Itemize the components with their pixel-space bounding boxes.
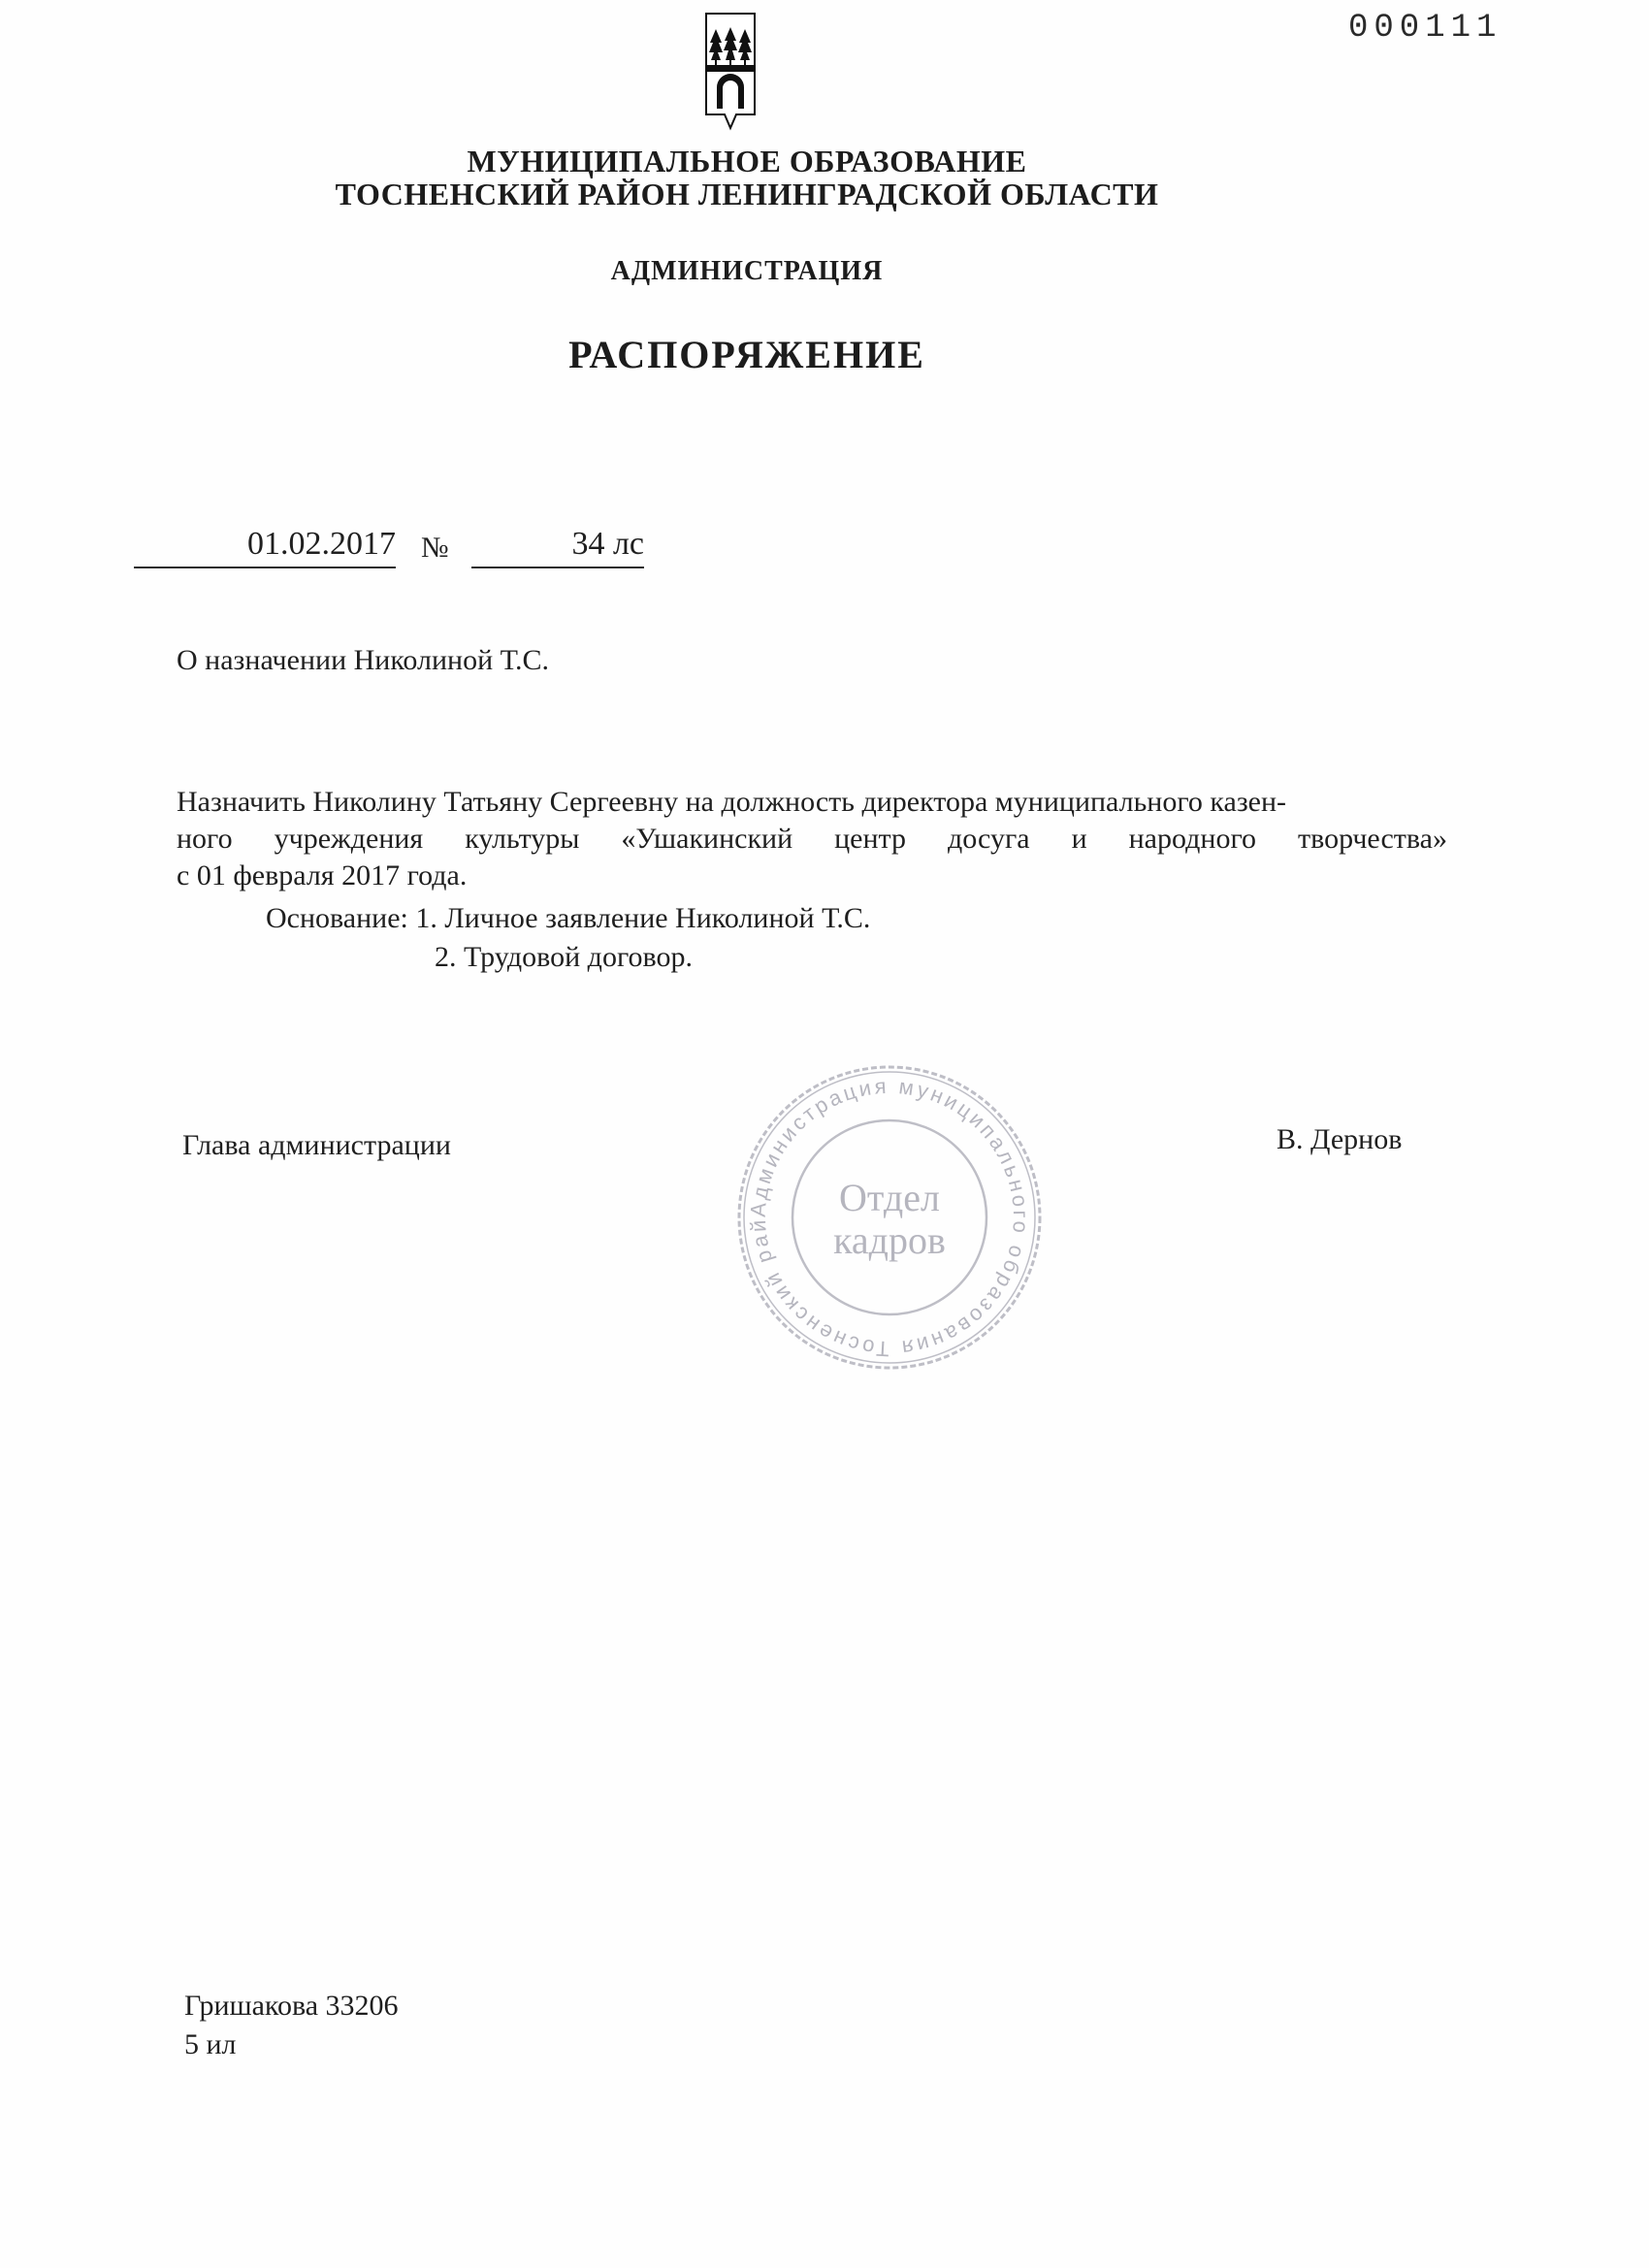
document-number: 34 лс	[471, 526, 644, 568]
body-line-3: с 01 февраля 2017 года.	[177, 858, 1447, 894]
official-stamp: Администрация муниципального образования…	[729, 1057, 1050, 1377]
document-date: 01.02.2017	[134, 526, 396, 568]
executor-copies: 5 ил	[184, 2025, 399, 2064]
header-line-2: ТОСНЕНСКИЙ РАЙОН ЛЕНИНГРАДСКОЙ ОБЛАСТИ	[0, 177, 1494, 212]
signer-title: Глава администрации	[182, 1129, 451, 1162]
basis-section: Основание: 1. Личное заявление Николиной…	[266, 900, 870, 937]
header-organization: АДМИНИСТРАЦИЯ	[0, 256, 1494, 287]
document-subject: О назначении Николиной Т.С.	[177, 644, 549, 677]
stamp-center-line-2: кадров	[833, 1218, 946, 1262]
document-body: Назначить Николину Татьяну Сергеевну на …	[177, 784, 1447, 894]
basis-item-2: 2. Трудовой договор.	[435, 941, 693, 974]
signer-name: В. Дернов	[1277, 1123, 1402, 1156]
executor-info: Гришакова 33206 5 ил	[184, 1987, 399, 2064]
executor-name-phone: Гришакова 33206	[184, 1987, 399, 2025]
header-line-1: МУНИЦИПАЛЬНОЕ ОБРАЗОВАНИЕ	[0, 144, 1494, 179]
document-page: 000111 МУНИЦИПАЛЬНОЕ ОБРАЗОВАНИЕ ТОСНЕНС…	[0, 0, 1649, 2268]
body-line-1: Назначить Николину Татьяну Сергеевну на …	[177, 784, 1447, 821]
number-sign: №	[421, 532, 449, 565]
basis-item-1: 1. Личное заявление Николиной Т.С.	[415, 902, 870, 934]
document-type-title: РАСПОРЯЖЕНИЕ	[0, 332, 1494, 377]
body-line-2: ного учреждения культуры «Ушакинский цен…	[177, 821, 1447, 858]
coat-of-arms-icon	[704, 12, 757, 132]
stamp-center-line-1: Отдел	[839, 1176, 940, 1219]
document-serial-number: 000111	[1348, 10, 1502, 47]
basis-label: Основание:	[266, 902, 408, 934]
